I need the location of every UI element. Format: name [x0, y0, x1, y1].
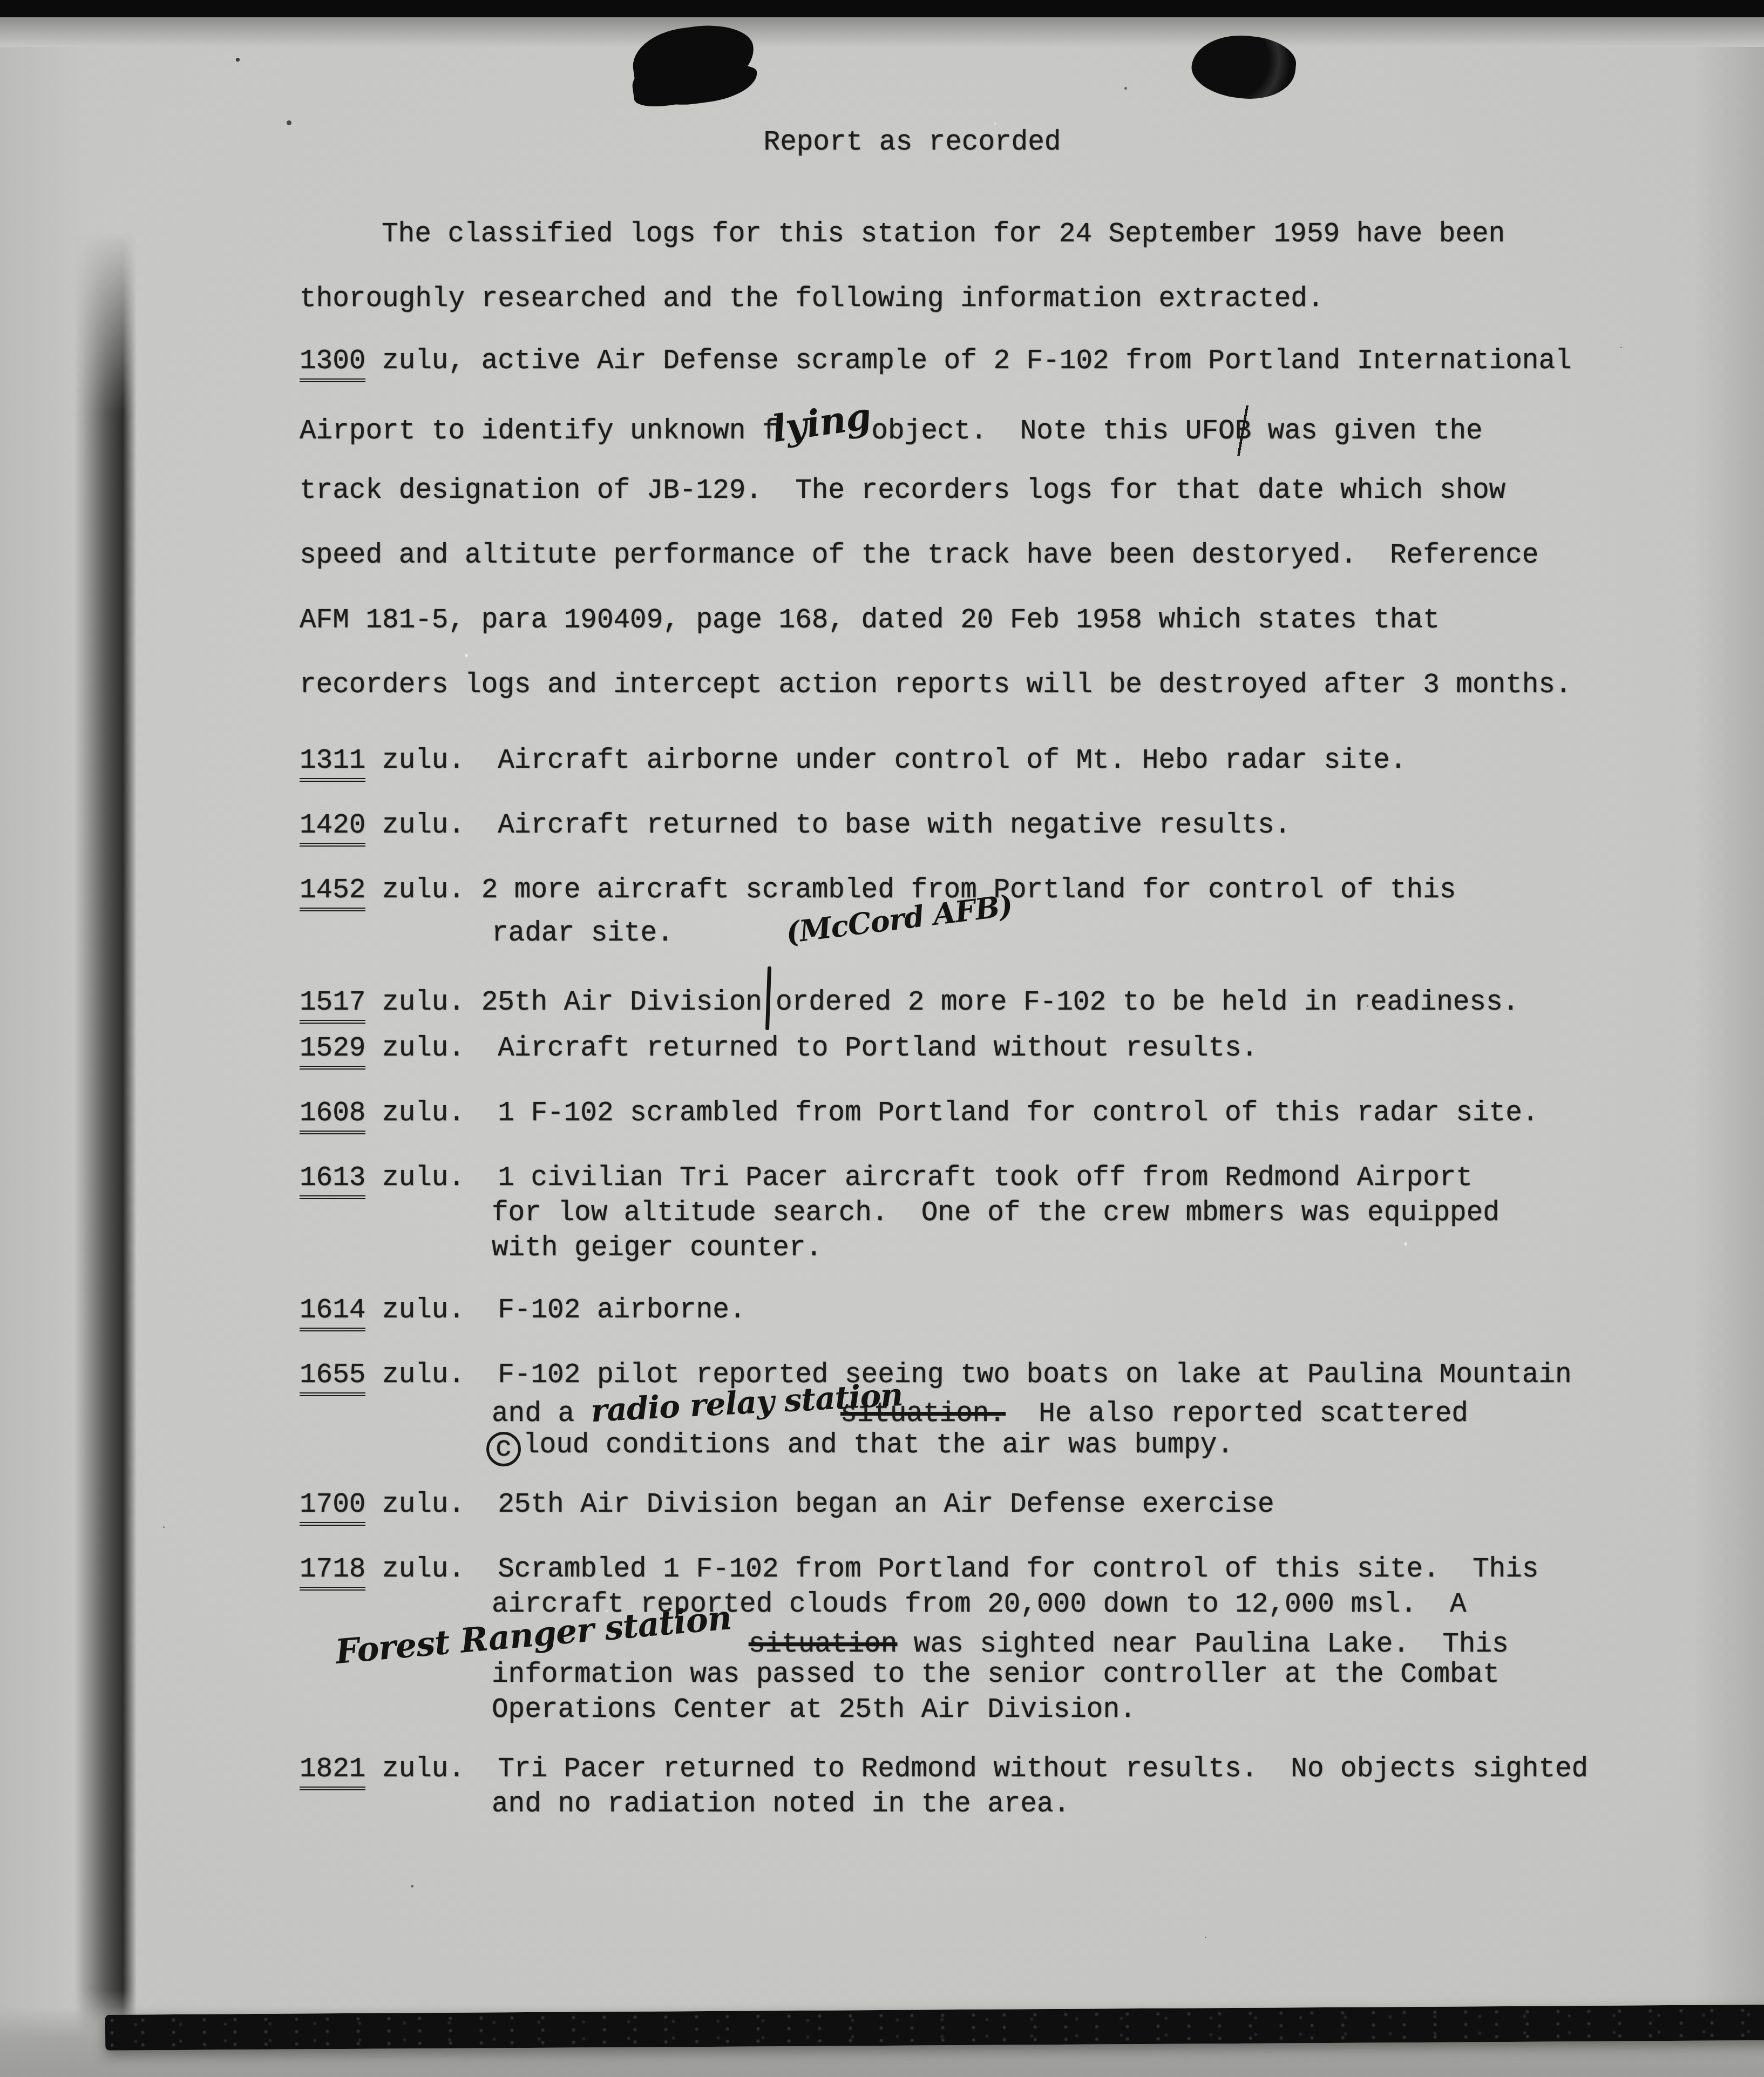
typed-text: loud conditions and that the air was bum…	[523, 1430, 1233, 1461]
entry-1700: 1700 zulu. 25th Air Division began an Ai…	[300, 1487, 1611, 1523]
typed-text: zulu. 25th Air Division	[365, 987, 762, 1018]
dust-specks-dark	[236, 58, 240, 62]
entry-1613-line2: for low altitude search. One of the crew…	[492, 1196, 1611, 1231]
entry-1718-line4: information was passed to the senior con…	[492, 1657, 1611, 1693]
document-content: Report as recorded The classified logs f…	[300, 125, 1611, 1822]
typed-text: zulu. Aircraft returned to base with neg…	[365, 810, 1291, 841]
time-1311: 1311	[300, 746, 365, 782]
handwritten-insertion-caret	[765, 966, 771, 1030]
time-1300: 1300	[300, 346, 365, 382]
entry-1300-line3: track designation of JB-129. The recorde…	[300, 473, 1611, 509]
handwritten-circled-c: c	[486, 1432, 521, 1466]
scan-edge-top-black	[0, 0, 1764, 17]
entry-1300-line4: speed and altitute performance of the tr…	[300, 538, 1611, 573]
typed-text: ordered 2 more F-102 to be held in readi…	[776, 987, 1519, 1018]
entry-1608: 1608 zulu. 1 F-102 scrambled from Portla…	[300, 1096, 1611, 1131]
typed-text: zulu, active Air Defense scrample of 2 F…	[365, 346, 1571, 377]
time-1517: 1517	[300, 987, 365, 1024]
time-1613: 1613	[300, 1163, 365, 1199]
typed-text: zulu. Aircraft returned to Portland with…	[365, 1033, 1258, 1064]
entry-1613-line1: 1613 zulu. 1 civilian Tri Pacer aircraft…	[300, 1161, 1611, 1196]
typed-text: zulu. 1 F-102 scrambled from Portland fo…	[365, 1098, 1538, 1129]
typed-text: was given the	[1251, 416, 1482, 447]
typed-text: zulu. F-102 pilot reported seeing two bo…	[365, 1360, 1571, 1391]
entry-1300-line6: recorders logs and intercept action repo…	[300, 668, 1611, 703]
entry-1452-line2: radar site.	[492, 916, 1611, 951]
entry-1718-line1: 1718 zulu. Scrambled 1 F-102 from Portla…	[300, 1552, 1611, 1587]
typed-text: and a	[492, 1399, 591, 1430]
typed-text: zulu. F-102 airborne.	[365, 1295, 745, 1326]
typed-text: zulu. Tri Pacer returned to Redmond with…	[365, 1754, 1588, 1785]
entry-1300-line5: AFM 181-5, para 190409, page 168, dated …	[300, 603, 1611, 638]
typed-text: zulu. Aircraft airborne under control of…	[365, 746, 1406, 776]
entry-1529: 1529 zulu. Aircraft returned to Portland…	[300, 1031, 1611, 1066]
entry-1517: (McCord AFB)1517 zulu. 25th Air Division…	[300, 966, 1611, 1002]
intro-line-2: thoroughly researched and the following …	[300, 282, 1611, 317]
time-1608: 1608	[300, 1098, 365, 1134]
typed-text: He also reported scattered	[1006, 1399, 1468, 1430]
typed-text: Airport to identify unknown f	[300, 416, 779, 447]
scan-edge-top-gradient	[0, 17, 1764, 47]
typed-text: was sighted near Paulina Lake. This	[897, 1629, 1508, 1660]
entry-1420: 1420 zulu. Aircraft returned to base wit…	[300, 808, 1611, 843]
struck-typed-word: situation	[749, 1629, 897, 1660]
entry-1655-line1: 1655 zulu. F-102 pilot reported seeing t…	[300, 1358, 1611, 1393]
typed-text: object. Note this UFO	[855, 416, 1235, 447]
entry-1655-line3: cloud conditions and that the air was bu…	[492, 1428, 1611, 1463]
slashed-letter-b: B	[1235, 414, 1252, 449]
entry-1300-line1: 1300 zulu, active Air Defense scrample o…	[300, 344, 1611, 379]
time-1655: 1655	[300, 1360, 365, 1396]
time-1821: 1821	[300, 1754, 365, 1790]
entry-1718-line5: Operations Center at 25th Air Division.	[492, 1693, 1611, 1728]
page-title: Report as recorded	[256, 125, 1568, 160]
entry-1718-line3: Forest Ranger stationsituation was sight…	[492, 1622, 1611, 1657]
scan-edge-left-shadow	[74, 232, 137, 2045]
entry-1300-line2: Airport to identify unknown flying objec…	[300, 409, 1611, 444]
time-1452: 1452	[300, 875, 365, 911]
typed-text: zulu. 25th Air Division began an Air Def…	[365, 1490, 1274, 1520]
scan-edge-left-column	[0, 43, 81, 2077]
time-1700: 1700	[300, 1490, 365, 1526]
entry-1821-line1: 1821 zulu. Tri Pacer returned to Redmond…	[300, 1752, 1611, 1787]
time-1614: 1614	[300, 1295, 365, 1331]
entry-1613-line3: with geiger counter.	[492, 1231, 1611, 1266]
time-1718: 1718	[300, 1554, 365, 1591]
typed-text: zulu. Scrambled 1 F-102 from Portland fo…	[365, 1554, 1538, 1585]
time-1529: 1529	[300, 1033, 365, 1070]
typed-text: zulu. 1 civilian Tri Pacer aircraft took…	[365, 1163, 1473, 1194]
entry-1614: 1614 zulu. F-102 airborne.	[300, 1293, 1611, 1328]
entry-1655-line2: and a radio relay stationsituation. He a…	[492, 1393, 1611, 1428]
entry-1821-line2: and no radiation noted in the area.	[492, 1787, 1611, 1822]
entry-1311: 1311 zulu. Aircraft airborne under contr…	[300, 743, 1611, 779]
intro-line-1: The classified logs for this station for…	[300, 217, 1611, 252]
time-1420: 1420	[300, 810, 365, 847]
scan-edge-right-shadow	[1694, 43, 1764, 2028]
